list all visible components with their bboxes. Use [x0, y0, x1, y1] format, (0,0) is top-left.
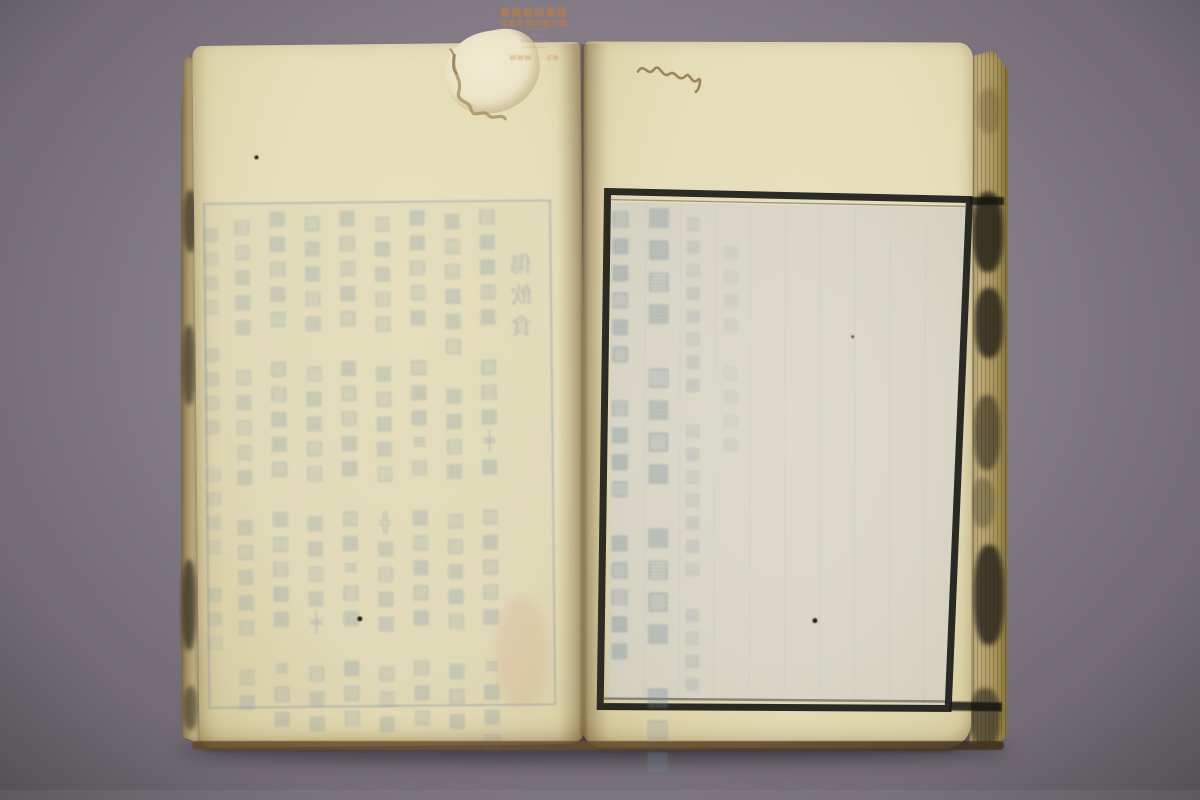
- ink-speck: [254, 155, 258, 159]
- ink-speck: [851, 335, 854, 338]
- watermark-title-row: ▦▩▦▤▦▩: [498, 5, 570, 18]
- edge-ink-smudge: [182, 560, 196, 650]
- showthrough-column: ▥▩▦▤▧ ▦▨▩▦▥ ╬▦▤▩▦ ▧▥▩: [373, 212, 397, 737]
- edge-ink-smudge: [183, 325, 195, 405]
- watermark-stamp: ▦▩▦▤▦▩ ▥▦▧▦▤▦▥▦ ───────── ──────── ─────…: [498, 5, 570, 62]
- ink-squiggle-mark: [632, 50, 712, 100]
- section-heading-showthrough: 傷飲食: [513, 252, 536, 345]
- showthrough-column: ▧▦▩▤▦ ▥▩▦▨▤ ▦▩▥▦╪ ▤▦▩: [303, 212, 327, 737]
- showthrough-stain: [496, 596, 547, 709]
- frame-line-on-edge: [970, 197, 1004, 205]
- showthrough-column: ▤▥▦▩▦ ▨▦▤▥▩ ▦▧▦▩▤ ▥▦: [233, 215, 257, 715]
- showthrough-column: ▦▩▤▦ ▥▦▨▩ ▦▤▧▦ ▩▥▦: [645, 202, 672, 778]
- showthrough-column: ▦▤▩▦ ▥▦▤▩: [722, 242, 741, 458]
- frame-line-on-edge: [950, 702, 1002, 712]
- showthrough-column: ▩▤▦▥ ▦▩▧▦ ▤▨▦▥ ▩▦▤: [202, 224, 225, 656]
- watermark-subtitle-row: ▥▦▧▦▤▦▥▦: [498, 18, 570, 27]
- watermark-text-row: ────────: [498, 45, 570, 51]
- showthrough-column: ▦▥▤▩▦▧ ▦▩▤▦ ▥▨▦▩▤ ▦▧▩: [443, 209, 467, 734]
- ink-speck: [357, 616, 362, 621]
- edge-ink-smudge: [974, 545, 1004, 645]
- edge-ink-smudge: [975, 288, 1003, 358]
- watermark-url: WWW.····.CN: [498, 54, 570, 62]
- ink-speck: [812, 618, 817, 623]
- page-gutter-shadow: [558, 44, 608, 746]
- printed-border-frame: [582, 41, 973, 748]
- edge-ink-smudge: [972, 478, 994, 528]
- showthrough-column: ▦▩▤▦▥ ▧▤▩▦▨ ▦▥▤▩▦ ≡▧▦: [268, 207, 292, 732]
- edge-ink-smudge: [970, 688, 1000, 748]
- edge-ink-smudge: [974, 395, 1000, 470]
- edge-ink-smudge: [184, 686, 197, 730]
- showthrough-column: ▦▤▥▩▨ ▦▧▤▦▩ ▥▦≡▤▦ ▩▨▤: [338, 206, 362, 731]
- left-page: 傷飲食 ▤▦▩▥▦ ▨▤▦╪▩ ▥▦▧▤▦ ≡▩▦▤ ▦▥▤▩▦▧ ▦▩▤▦ ▥…: [192, 42, 587, 748]
- right-page: ▤▦▩▥▦▨ ▤▦▩▥ ▦▧▤▩▦ ▦▩▤▦ ▥▦▨▩ ▦▤▧▦ ▩▥▦ ▥▦▤…: [582, 41, 973, 748]
- showthrough-column: ▤▦▩▥▦▨ ▤▦▩▥ ▦▧▤▩▦: [609, 206, 630, 665]
- showthrough-column: ▩▦▤▥▦ ▧▦▩≡▤ ▦▥▦▨▩ ▤▦▥: [408, 206, 432, 731]
- photograph-of-open-woodblock-book: 傷飲食 ▤▦▩▥▦ ▨▤▦╪▩ ▥▦▧▤▦ ≡▩▦▤ ▦▥▤▩▦▧ ▦▩▤▦ ▥…: [0, 0, 1200, 800]
- showthrough-column: ▥▦▤▩▦▧▦▩ ▤▦▥▨▦▩▤ ▦▧▩▦: [684, 214, 702, 697]
- edge-stain: [978, 88, 1000, 134]
- book-bottom-rim: [192, 741, 1004, 750]
